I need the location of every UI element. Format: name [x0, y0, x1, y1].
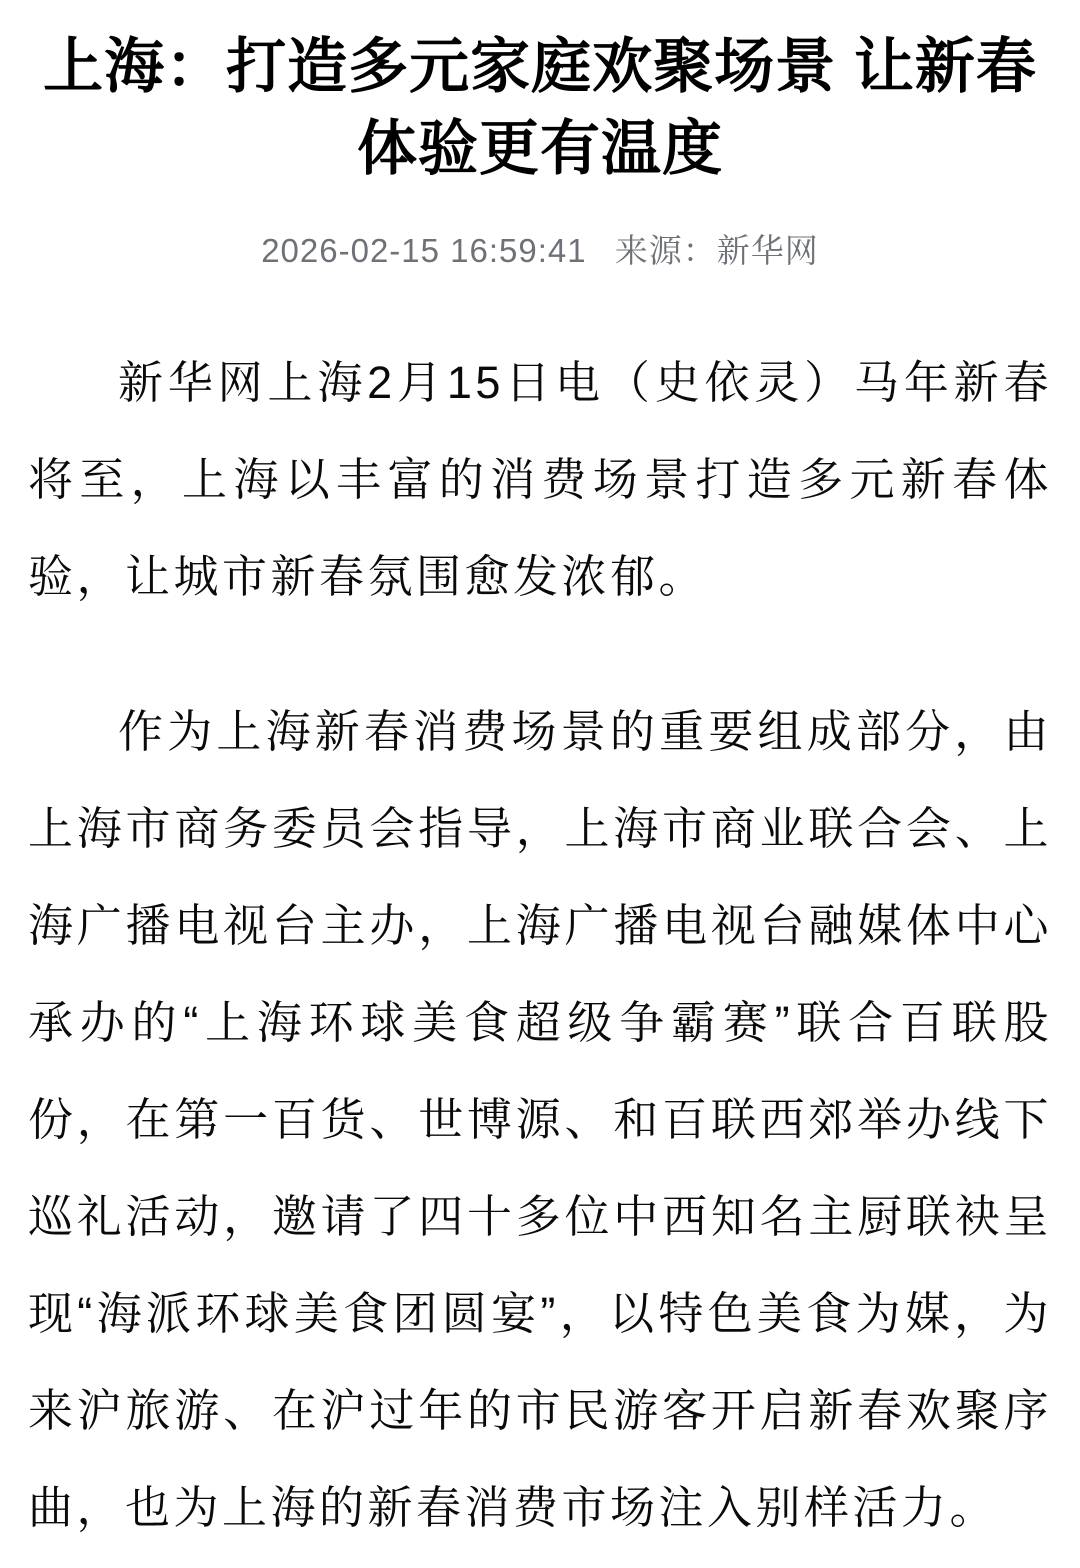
- article-title: 上海：打造多元家庭欢聚场景 让新春体验更有温度: [28, 26, 1052, 190]
- news-article-page: { "page": { "background": "#ffffff" }, "…: [0, 0, 1080, 1568]
- publish-timestamp: 2026-02-15 16:59:41: [261, 228, 586, 274]
- article-paragraph: 作为上海新春消费场景的重要组成部分，由上海市商务委员会指导，上海市商业联合会、上…: [28, 683, 1052, 1556]
- article-paragraph: 新华网上海2月15日电（史依灵）马年新春将至，上海以丰富的消费场景打造多元新春体…: [28, 334, 1052, 625]
- article-source: 来源：新华网: [615, 228, 819, 274]
- news-article: 上海：打造多元家庭欢聚场景 让新春体验更有温度 2026-02-15 16:59…: [0, 26, 1080, 1568]
- article-meta-line: 2026-02-15 16:59:41 来源：新华网: [28, 228, 1052, 274]
- article-body: 新华网上海2月15日电（史依灵）马年新春将至，上海以丰富的消费场景打造多元新春体…: [28, 334, 1052, 1568]
